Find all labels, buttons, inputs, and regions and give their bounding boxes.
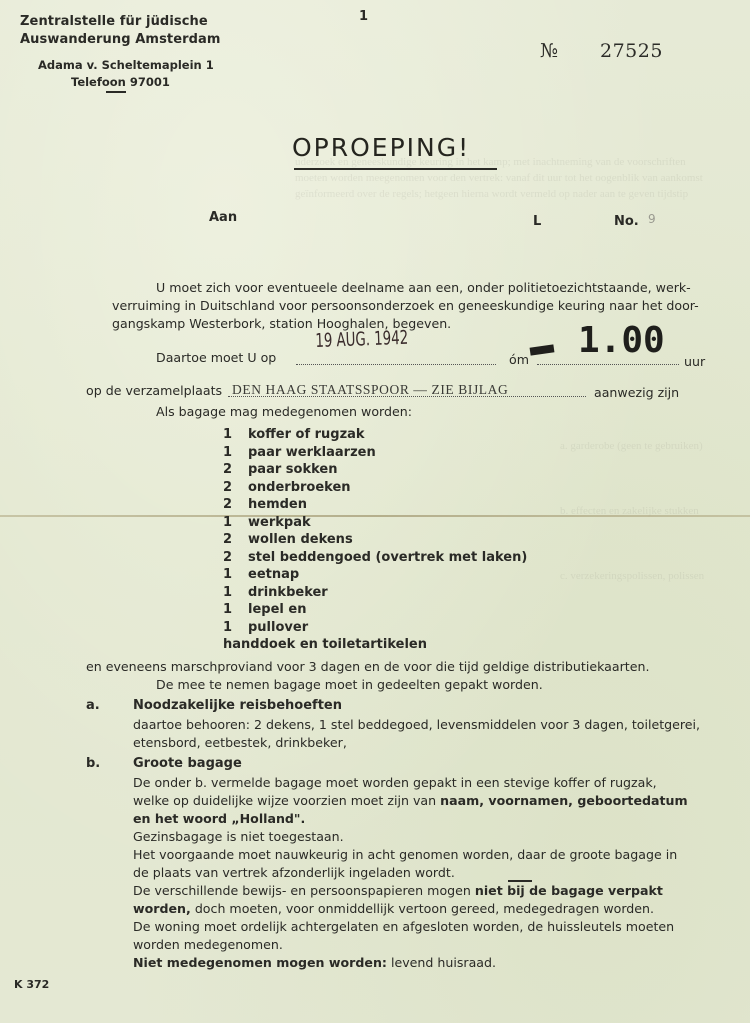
baggage-item-quantity: 1 <box>223 620 248 635</box>
baggage-item-name: eetnap <box>248 567 299 582</box>
baggage-item-name: hemden <box>248 497 307 512</box>
baggage-item-name: wollen dekens <box>248 532 353 547</box>
baggage-item-name: onderbroeken <box>248 480 351 495</box>
baggage-item-name: paar sokken <box>248 462 337 477</box>
section-a-line-1: daartoe behooren: 2 dekens, 1 stel bedde… <box>133 717 700 732</box>
form-code: K 372 <box>14 978 49 991</box>
verzamelplaats-field-line <box>228 396 586 397</box>
page-number: 1 <box>359 9 368 24</box>
baggage-item-quantity: 1 <box>223 445 248 460</box>
org-name-line2: Auswanderung Amsterdam <box>20 32 221 47</box>
baggage-intro: Als bagage mag medegenomen worden: <box>156 404 412 419</box>
section-b-line-2: welke op duidelijke wijze voorzien moet … <box>133 793 688 808</box>
section-b-line-5: Het voorgaande moet nauwkeurig in acht g… <box>133 847 677 862</box>
uur-label: uur <box>684 354 705 369</box>
baggage-item-quantity: 2 <box>223 462 248 477</box>
parts-note: De mee te nemen bagage moet in gedeelten… <box>156 677 543 692</box>
baggage-item-quantity: 2 <box>223 550 248 565</box>
section-b-line-8-bold: worden, <box>133 901 191 916</box>
baggage-item: 1drinkbeker <box>223 585 328 600</box>
time-field-line <box>537 364 679 365</box>
date-stamp: 19 AUG. 1942 <box>315 327 409 352</box>
baggage-item: 2wollen dekens <box>223 532 353 547</box>
section-b-line-8: worden, doch moeten, voor onmiddellijk v… <box>133 901 654 916</box>
daartoe-label: Daartoe moet U op <box>156 350 276 365</box>
recipient-no-label: No. <box>614 214 639 229</box>
title-underline <box>294 168 497 170</box>
section-b-line-10: worden medegenomen. <box>133 937 283 952</box>
baggage-item: 1pullover <box>223 620 308 635</box>
org-address: Adama v. Scheltemaplein 1 <box>38 58 214 72</box>
section-b-marker: b. <box>86 756 100 771</box>
time-stamp: 1.00 <box>578 320 665 361</box>
provisions-line: en eveneens marschproviand voor 3 dagen … <box>86 659 649 674</box>
baggage-item: 1paar werklaarzen <box>223 445 376 460</box>
section-b-line-1: De onder b. vermelde bagage moet worden … <box>133 775 657 790</box>
emphasis-underline <box>508 880 532 882</box>
bleed-through-text: a. garderobe (geen te gebruiken) <box>560 440 703 452</box>
baggage-item: 1werkpak <box>223 515 311 530</box>
baggage-item: 2hemden <box>223 497 307 512</box>
section-b-line-9: De woning moet ordelijk achtergelaten en… <box>133 919 674 934</box>
baggage-item-quantity: 1 <box>223 515 248 530</box>
baggage-item-quantity: 1 <box>223 602 248 617</box>
org-phone: Telefoon 97001 <box>71 75 170 89</box>
section-b-line-11: Niet medegenomen mogen worden: levend hu… <box>133 955 496 970</box>
baggage-item-quantity: 1 <box>223 585 248 600</box>
section-b-line-11-bold: Niet medegenomen mogen worden: <box>133 955 387 970</box>
baggage-item: 2onderbroeken <box>223 480 351 495</box>
section-b-line-7-bold: niet bij de bagage verpakt <box>475 883 663 898</box>
baggage-item-name: lepel en <box>248 602 306 617</box>
section-b-line-6: de plaats van vertrek afzonderlijk ingel… <box>133 865 455 880</box>
baggage-item-quantity: 1 <box>223 567 248 582</box>
section-b-line-2-plain: welke op duidelijke wijze voorzien moet … <box>133 793 440 808</box>
recipient-label: Aan <box>209 210 237 225</box>
section-a-marker: a. <box>86 698 100 713</box>
baggage-item: 2paar sokken <box>223 462 337 477</box>
l-label: L <box>533 214 541 229</box>
section-a-line-2: etensbord, eetbestek, drinkbeker, <box>133 735 347 750</box>
baggage-item: 1lepel en <box>223 602 306 617</box>
section-b-line-7: De verschillende bewijs- en persoonspapi… <box>133 883 663 898</box>
section-b-line-2-bold: naam, voornamen, geboortedatum <box>440 793 688 808</box>
section-b-line-3: en het woord „Holland". <box>133 811 305 826</box>
baggage-item-quantity: 2 <box>223 497 248 512</box>
intro-line-1: U moet zich voor eventueele deelname aan… <box>156 280 691 295</box>
baggage-item-name: stel beddengoed (overtrek met laken) <box>248 550 527 565</box>
bleed-through-text: moeten worden meegenomen voor den vertre… <box>295 172 703 184</box>
page-title: OPROEPING! <box>292 133 470 162</box>
bleed-through-text: c. verzekeringspolissen, polissen <box>560 570 704 582</box>
baggage-item: 1koffer of rugzak <box>223 427 365 442</box>
section-b-line-11-plain: levend huisraad. <box>387 955 496 970</box>
section-b-heading: Groote bagage <box>133 756 242 771</box>
document-number-label: № <box>540 40 558 62</box>
header-rule <box>106 91 126 93</box>
paper-fold-line <box>0 515 750 517</box>
verzamelplaats-label: op de verzamelplaats <box>86 383 222 398</box>
document-number: 27525 <box>600 40 663 62</box>
baggage-item-quantity: 2 <box>223 532 248 547</box>
intro-line-2: verruiming in Duitschland voor persoonso… <box>112 298 699 313</box>
baggage-item-quantity: 1 <box>223 427 248 442</box>
section-b-line-7-plain: De verschillende bewijs- en persoonspapi… <box>133 883 475 898</box>
aanwezig-label: aanwezig zijn <box>594 385 679 400</box>
baggage-item-name: drinkbeker <box>248 585 328 600</box>
date-field-line <box>296 364 496 365</box>
om-label: óm <box>509 352 529 367</box>
baggage-item: 2stel beddengoed (overtrek met laken) <box>223 550 527 565</box>
baggage-item-name: koffer of rugzak <box>248 427 365 442</box>
bleed-through-text: geïnformeerd over de regels; hetgeen hie… <box>295 188 688 200</box>
section-b-line-4: Gezinsbagage is niet toegestaan. <box>133 829 344 844</box>
org-name-line1: Zentralstelle für jüdische <box>20 14 208 29</box>
section-b-line-8-plain: doch moeten, voor onmiddellijk vertoon g… <box>191 901 654 916</box>
baggage-item: 1eetnap <box>223 567 299 582</box>
baggage-extra: handdoek en toiletartikelen <box>223 637 427 652</box>
section-a-heading: Noodzakelijke reisbehoeften <box>133 698 342 713</box>
baggage-item-name: werkpak <box>248 515 311 530</box>
baggage-item-name: pullover <box>248 620 308 635</box>
baggage-item-name: paar werklaarzen <box>248 445 376 460</box>
recipient-no-value: 9 <box>648 212 656 226</box>
baggage-item-quantity: 2 <box>223 480 248 495</box>
